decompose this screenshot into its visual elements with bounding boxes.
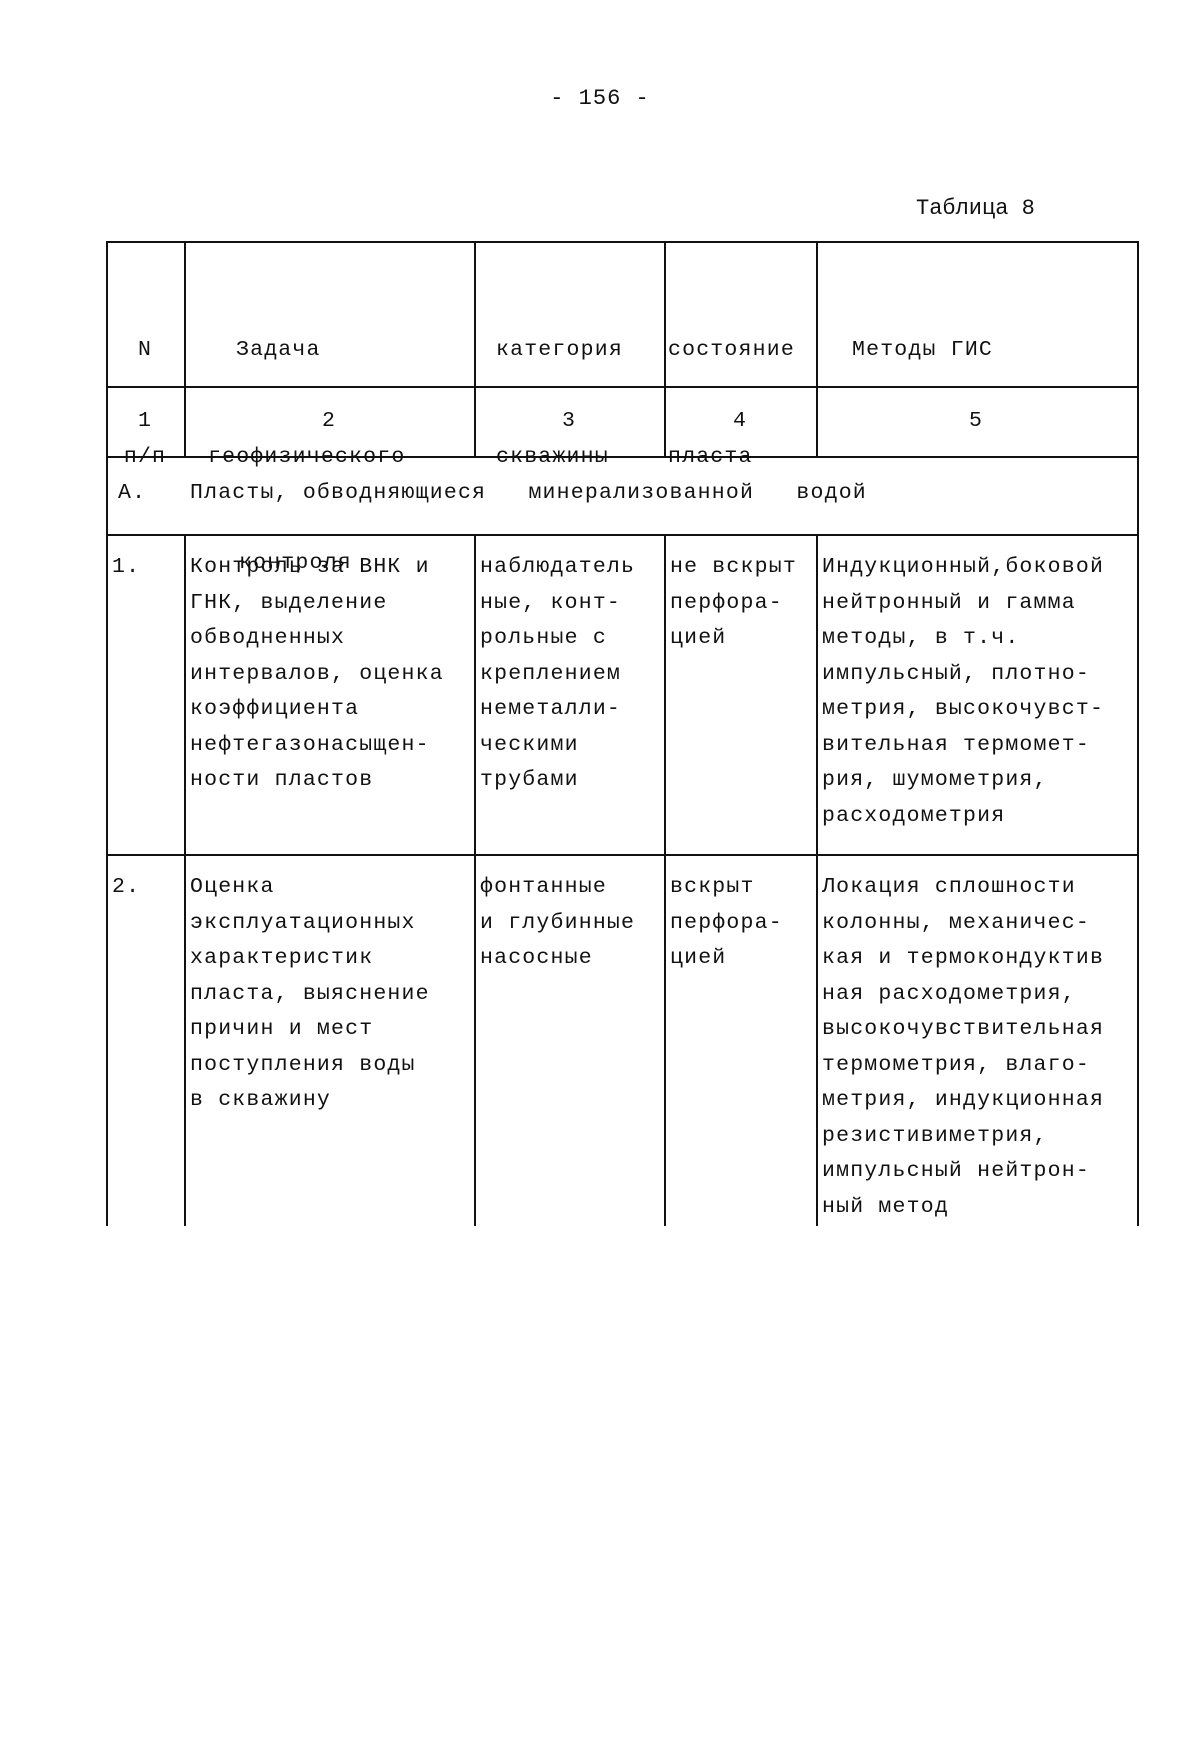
cell-line: перфора-: [670, 906, 783, 942]
cell-line: поступления воды: [190, 1048, 430, 1084]
table-cell-num: 1.: [112, 550, 140, 586]
cell-line: кая и термокондуктив: [822, 941, 1104, 977]
header-num-line: п/п: [106, 440, 184, 476]
header-num-line: N: [106, 333, 184, 369]
cell-line: расходометрия: [822, 799, 1104, 835]
cell-line: колонны, механичес-: [822, 906, 1104, 942]
cell-line: метрия, индукционная: [822, 1083, 1104, 1119]
cell-line: трубами: [480, 763, 635, 799]
cell-line: ная расходометрия,: [822, 977, 1104, 1013]
cell-line: вскрыт: [670, 870, 783, 906]
colnum-4: 4: [664, 404, 816, 440]
cell-line: цией: [670, 621, 797, 657]
cell-line: интервалов, оценка: [190, 657, 444, 693]
cell-line: 2.: [112, 870, 140, 906]
header-task-line: геофизического: [184, 440, 474, 476]
table-cell-task: Оценкаэксплуатационныххарактеристикпласт…: [186, 870, 430, 1119]
table-cell-num: 2.: [112, 870, 140, 906]
header-methods-line: Методы ГИС: [852, 333, 1172, 369]
table-cell-state: не вскрытперфора-цией: [666, 550, 797, 657]
cell-line: метрия, высокочувст-: [822, 692, 1104, 728]
cell-line: ности пластов: [190, 763, 444, 799]
cell-line: перфора-: [670, 586, 797, 622]
cell-line: импульсный нейтрон-: [822, 1154, 1104, 1190]
cell-line: ный метод: [822, 1190, 1104, 1226]
cell-line: эксплуатационных: [190, 906, 430, 942]
cell-line: вительная термомет-: [822, 728, 1104, 764]
row-divider: [106, 854, 1138, 856]
cell-line: рия, шумометрия,: [822, 763, 1104, 799]
cell-line: Индукционный,боковой: [822, 550, 1104, 586]
colnum-5: 5: [816, 404, 1136, 440]
cell-line: и глубинные: [480, 906, 635, 942]
cell-line: причин и мест: [190, 1012, 430, 1048]
cell-line: креплением: [480, 657, 635, 693]
header-state-line: состояние: [668, 333, 820, 369]
cell-line: Оценка: [190, 870, 430, 906]
cell-line: термометрия, влаго-: [822, 1048, 1104, 1084]
header-category-line: скважины: [496, 440, 686, 476]
cell-line: ческими: [480, 728, 635, 764]
section-label: А.: [118, 476, 146, 512]
cell-line: не вскрыт: [670, 550, 797, 586]
colnum-3: 3: [474, 404, 664, 440]
cell-line: нейтронный и гамма: [822, 586, 1104, 622]
header-task-line: Задача: [184, 333, 474, 369]
methods-table: N п/п Задача геофизического контроля кат…: [0, 0, 1200, 1758]
header-state-line: пласта: [668, 440, 820, 476]
table-cell-category: наблюдательные, конт-рольные скреплением…: [476, 550, 635, 799]
header-category-line: категория: [496, 333, 686, 369]
cell-line: неметалли-: [480, 692, 635, 728]
table-cell-category: фонтанныеи глубинныенасосные: [476, 870, 635, 977]
cell-line: характеристик: [190, 941, 430, 977]
cell-line: ные, конт-: [480, 586, 635, 622]
cell-line: Контроль за ВНК и: [190, 550, 444, 586]
section-title: Пласты, обводняющиеся минерализованной в…: [190, 476, 867, 512]
cell-line: импульсный, плотно-: [822, 657, 1104, 693]
cell-line: обводненных: [190, 621, 444, 657]
table-cell-methods: Локация сплошностиколонны, механичес-кая…: [818, 870, 1104, 1225]
colnum-2: 2: [184, 404, 474, 440]
cell-line: рольные с: [480, 621, 635, 657]
cell-line: пласта, выяснение: [190, 977, 430, 1013]
cell-line: фонтанные: [480, 870, 635, 906]
cell-line: в скважину: [190, 1083, 430, 1119]
cell-line: методы, в т.ч.: [822, 621, 1104, 657]
cell-line: Локация сплошности: [822, 870, 1104, 906]
table-cell-methods: Индукционный,боковойнейтронный и гаммаме…: [818, 550, 1104, 834]
table-cell-task: Контроль за ВНК иГНК, выделениеобводненн…: [186, 550, 444, 799]
cell-line: нефтегазонасыщен-: [190, 728, 444, 764]
cell-line: высокочувствительная: [822, 1012, 1104, 1048]
cell-line: резистивиметрия,: [822, 1119, 1104, 1155]
cell-line: цией: [670, 941, 783, 977]
cell-line: наблюдатель: [480, 550, 635, 586]
cell-line: 1.: [112, 550, 140, 586]
table-border-top: [106, 241, 1138, 243]
table-cell-state: вскрытперфора-цией: [666, 870, 783, 977]
cell-line: насосные: [480, 941, 635, 977]
colnum-1: 1: [106, 404, 184, 440]
cell-line: ГНК, выделение: [190, 586, 444, 622]
cell-line: коэффициента: [190, 692, 444, 728]
